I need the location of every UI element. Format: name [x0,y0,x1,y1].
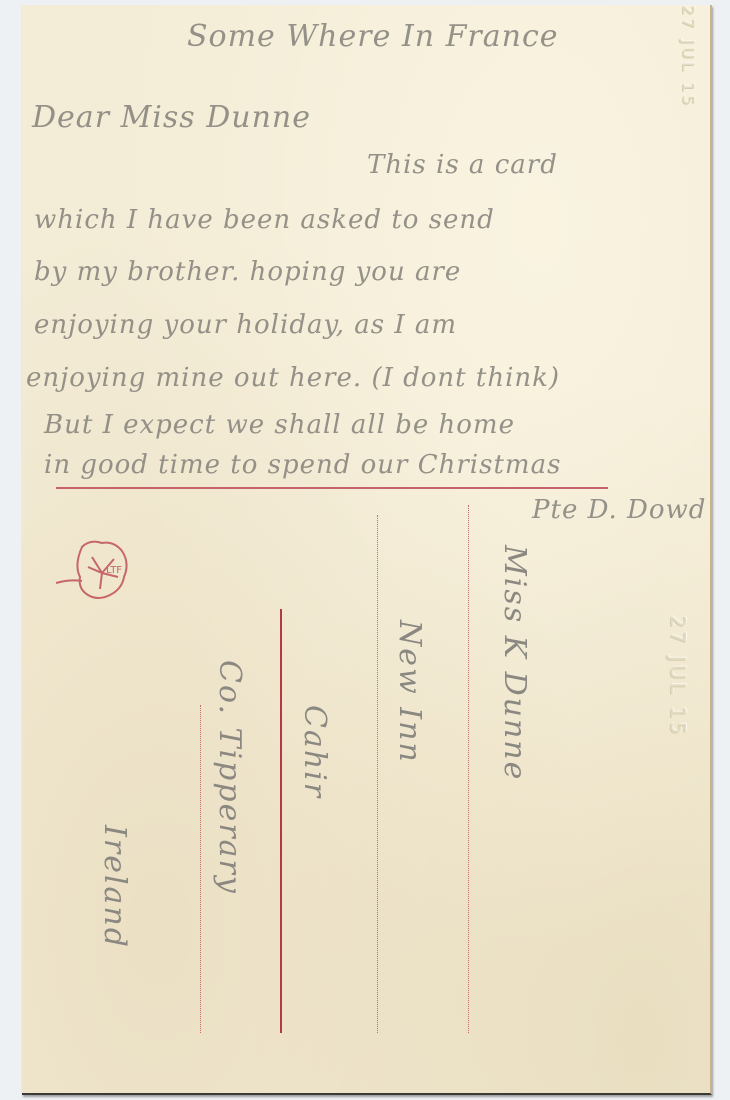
message-line: by my brother. hoping you are [34,257,461,287]
message-line: which I have been asked to send [34,205,495,235]
salutation: Dear Miss Dunne [32,100,311,135]
message-line: This is a card [367,150,558,180]
message-divider-line [56,487,608,489]
address-guide-line [377,515,378,1033]
publisher-stamp-icon: LTF [52,537,132,603]
header-location: Some Where In France [187,19,559,54]
postcard: Some Where In France Dear Miss Dunne Thi… [22,5,712,1095]
signature: Pte D. Dowd [532,495,706,525]
message-line: But I expect we shall all be home [44,410,515,440]
address-line: Miss K Dunne [497,545,532,781]
address-line: New Inn [392,620,427,764]
address-guide-line [468,505,469,1033]
address-guide-line [200,705,201,1033]
message-line: in good time to spend our Christmas [44,450,561,480]
message-line: enjoying your holiday, as I am [34,310,457,340]
svg-text:LTF: LTF [106,565,122,576]
address-line: Ireland [97,825,132,949]
address-line: Co. Tipperary [212,660,247,895]
postmark-emboss-top: 27 JUL 15 [679,5,698,108]
postmark-emboss: 27 JUL 15 [666,615,690,737]
address-line: Cahir [297,705,332,799]
message-line: enjoying mine out here. (I dont think) [26,363,560,393]
address-divider-line [280,609,282,1033]
